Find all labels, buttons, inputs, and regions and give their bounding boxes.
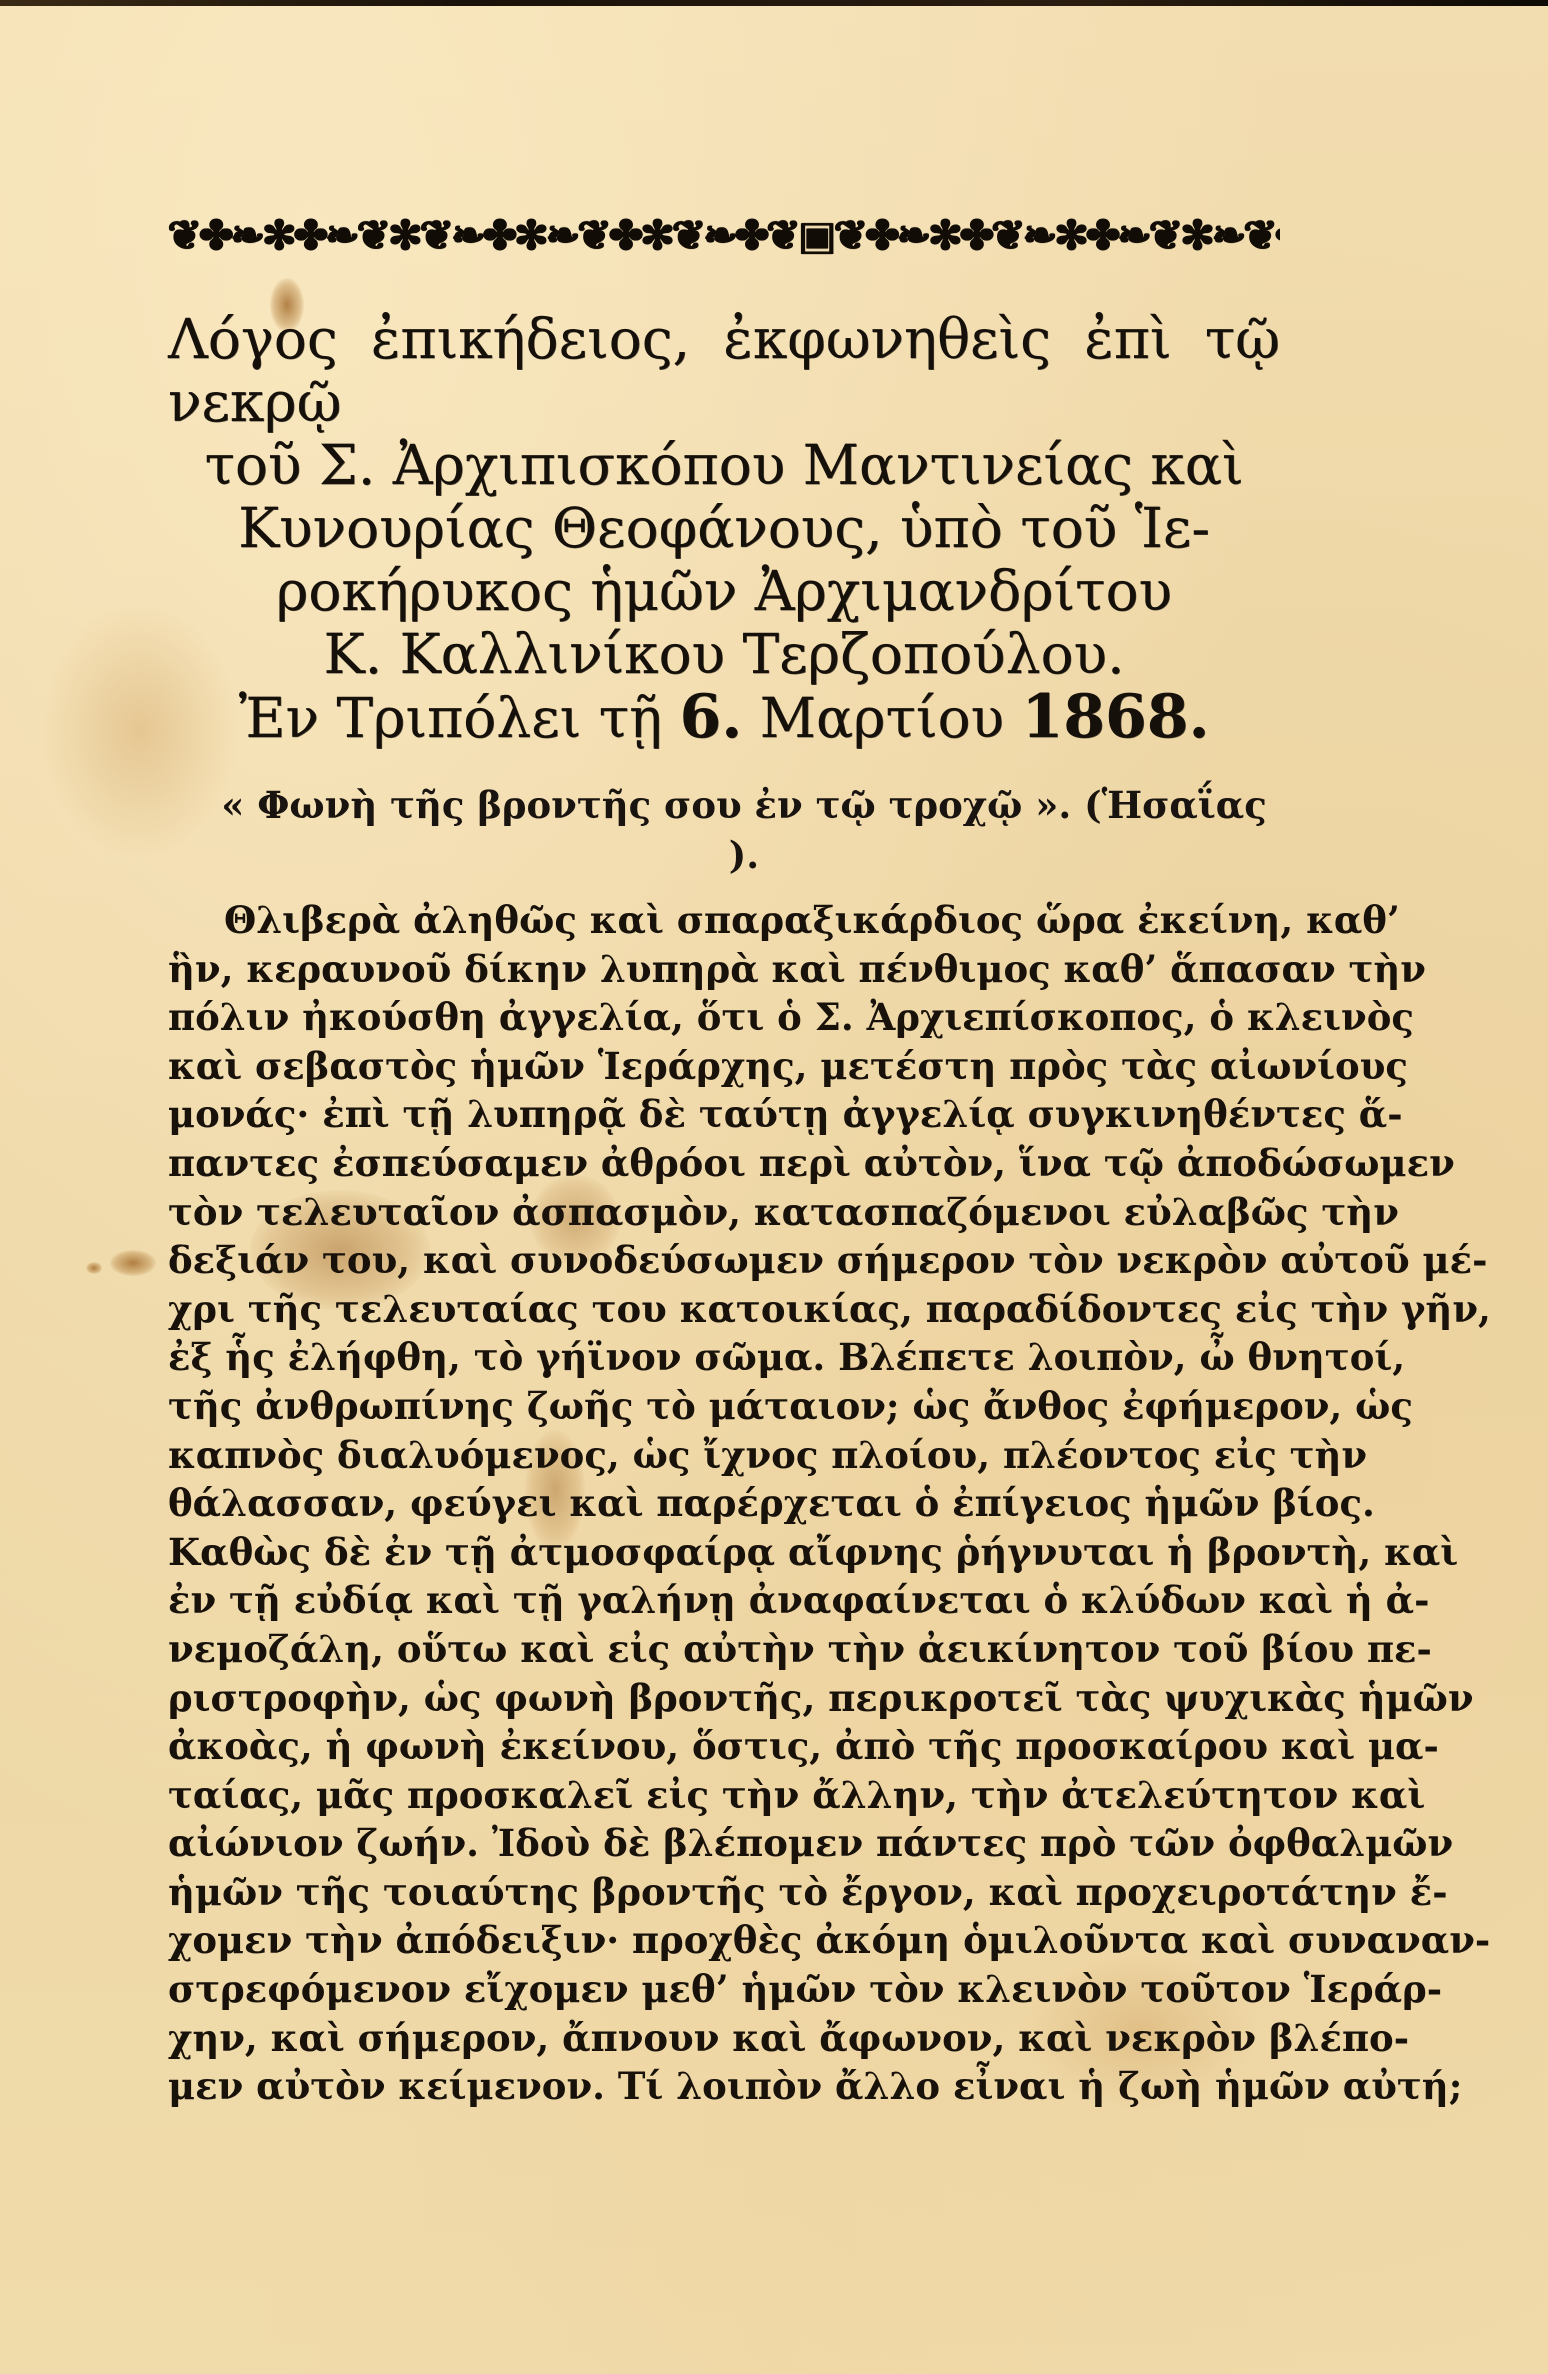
body-line: ἐξ ἧς ἐλήφθη, τὸ γήϊνον σῶμα. Βλέπετε λο…	[168, 1333, 1280, 1382]
body-line: χομεν τὴν ἀπόδειξιν· προχθὲς ἀκόμη ὁμιλο…	[168, 1916, 1280, 1965]
ornament-glyphs: ❦✤❧✻✤❧❦✻❦❧✤✻❧❦✤✻❦❧✤❦▣❦✤❧✻✤❦❧✻✤❧❦✻❧❦✤✻❦❧❦	[168, 216, 1280, 256]
dateline-year: 1868.	[1022, 682, 1210, 752]
title-line-1: Λόγος ἐπικήδειος, ἐκφωνηθεὶς ἐπὶ τῷ νεκρ…	[168, 308, 1280, 434]
epigraph-quote: « Φωνὴ τῆς βροντῆς σου ἐν τῷ τροχῷ ».	[221, 783, 1071, 827]
body-line: χην, καὶ σήμερον, ἄπνουν καὶ ἄφωνον, καὶ…	[168, 2014, 1280, 2063]
stain-margin-small	[86, 1262, 102, 1274]
body-line: μονάς· ἐπὶ τῇ λυπηρᾷ δὲ ταύτῃ ἀγγελίᾳ συ…	[168, 1090, 1280, 1139]
page-top-edge	[0, 0, 1548, 6]
body-line: παντες ἐσπεύσαμεν ἀθρόοι περὶ αὐτὸν, ἵνα…	[168, 1139, 1280, 1188]
body-line: Καθὼς δὲ ἐν τῇ ἀτμοσφαίρᾳ αἴφνης ῥήγνυτα…	[168, 1528, 1280, 1577]
body-line: μεν αὐτὸν κείμενον. Τί λοιπὸν ἄλλο εἶναι…	[168, 2062, 1280, 2111]
decorative-ornament-band: ❦✤❧✻✤❧❦✻❦❧✤✻❧❦✤✻❦❧✤❦▣❦✤❧✻✤❦❧✻✤❧❦✻❧❦✤✻❦❧❦	[168, 210, 1280, 262]
title-line-4: ροκήρυκος ἡμῶν Ἀρχιμανδρίτου	[168, 560, 1280, 623]
body-line: ταίας, μᾶς προσκαλεῖ εἰς τὴν ἄλλην, τὴν …	[168, 1771, 1280, 1820]
body-line: καὶ σεβαστὸς ἡμῶν Ἱεράρχης, μετέστη πρὸς…	[168, 1042, 1280, 1091]
body-line: τὸν τελευταῖον ἀσπασμὸν, κατασπαζόμενοι …	[168, 1188, 1280, 1237]
title-line-2: τοῦ Σ. Ἀρχιπισκόπου Μαντινείας καὶ	[168, 434, 1280, 497]
body-line: ριστροφὴν, ὡς φωνὴ βροντῆς, περικροτεῖ τ…	[168, 1674, 1280, 1723]
dateline-month: Μαρτίου	[760, 686, 1004, 750]
body-line: πόλιν ἠκούσθη ἀγγελία, ὅτι ὁ Σ. Ἀρχιεπίσ…	[168, 993, 1280, 1042]
document-title: Λόγος ἐπικήδειος, ἐκφωνηθεὶς ἐπὶ τῷ νεκρ…	[168, 308, 1280, 750]
body-line: ἣν, κεραυνοῦ δίκην λυπηρὰ καὶ πένθιμος κ…	[168, 945, 1280, 994]
body-line: Θλιβερὰ ἀληθῶς καὶ σπαραξικάρδιος ὥρα ἐκ…	[168, 896, 1280, 945]
title-line-5: Κ. Καλλινίκου Τερζοπούλου.	[168, 623, 1280, 686]
body-line: χρι τῆς τελευταίας του κατοικίας, παραδί…	[168, 1285, 1280, 1334]
body-line: ἀκοὰς, ἡ φωνὴ ἐκείνου, ὅστις, ἀπὸ τῆς πρ…	[168, 1722, 1280, 1771]
title-line-3: Κυνουρίας Θεοφάνους, ὑπὸ τοῦ Ἱε-	[168, 497, 1280, 560]
dateline-day: 6.	[680, 682, 743, 752]
body-line: καπνὸς διαλυόμενος, ὡς ἴχνος πλοίου, πλέ…	[168, 1431, 1280, 1480]
body-line: ἡμῶν τῆς τοιαύτης βροντῆς τὸ ἔργον, καὶ …	[168, 1868, 1280, 1917]
document-page: ❦✤❧✻✤❧❦✻❦❧✤✻❧❦✤✻❦❧✤❦▣❦✤❧✻✤❦❧✻✤❧❦✻❧❦✤✻❦❧❦…	[168, 210, 1280, 2111]
body-line: νεμοζάλη, οὕτω καὶ εἰς αὐτὴν τὴν ἀεικίνη…	[168, 1625, 1280, 1674]
body-line: στρεφόμενον εἴχομεν μεθ’ ἡμῶν τὸν κλεινὸ…	[168, 1965, 1280, 2014]
body-line: δεξιάν του, καὶ συνοδεύσωμεν σήμερον τὸν…	[168, 1236, 1280, 1285]
body-line: αἰώνιον ζωήν. Ἰδοὺ δὲ βλέπομεν πάντες πρ…	[168, 1819, 1280, 1868]
body-line: τῆς ἀνθρωπίνης ζωῆς τὸ μάταιον; ὡς ἄνθος…	[168, 1382, 1280, 1431]
body-text: Θλιβερὰ ἀληθῶς καὶ σπαραξικάρδιος ὥρα ἐκ…	[168, 896, 1280, 2111]
dateline-place: Ἐν Τριπόλει τῇ	[239, 686, 662, 750]
stain-margin	[110, 1250, 156, 1276]
body-line: ἐν τῇ εὐδίᾳ καὶ τῇ γαλήνῃ ἀναφαίνεται ὁ …	[168, 1576, 1280, 1625]
dateline: Ἐν Τριπόλει τῇ 6. Μαρτίου 1868.	[168, 686, 1280, 750]
epigraph: « Φωνὴ τῆς βροντῆς σου ἐν τῷ τροχῷ ». (Ἡ…	[168, 780, 1280, 880]
body-line: θάλασσαν, φεύγει καὶ παρέρχεται ὁ ἐπίγει…	[168, 1479, 1280, 1528]
